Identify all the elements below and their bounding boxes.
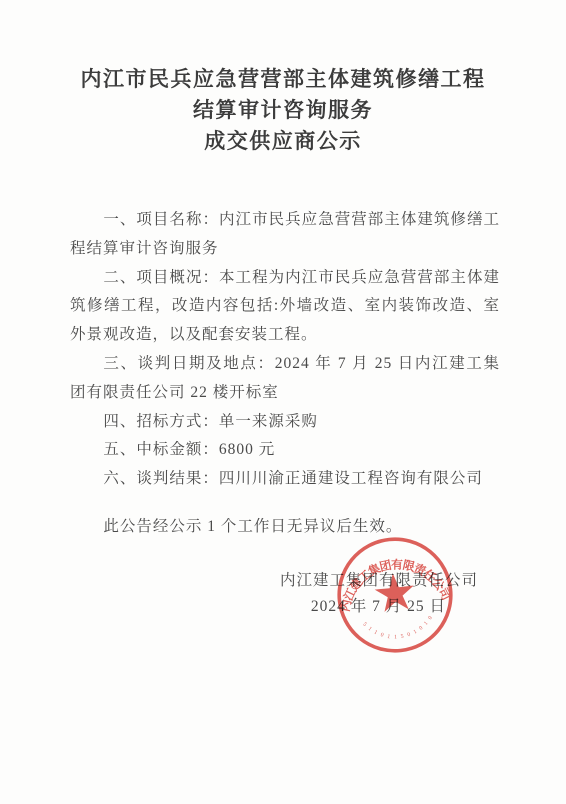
signature-block: 内江建工集团有限责任公司 2024 年 7 月 25 日 <box>0 568 566 620</box>
title-line-1: 内江市民兵应急营营部主体建筑修缮工程 <box>0 64 566 95</box>
document-page: 内江市民兵应急营营部主体建筑修缮工程 结算审计咨询服务 成交供应商公示 一、项目… <box>0 0 566 804</box>
notice-line: 此公告经公示 1 个工作日无异议后生效。 <box>70 513 500 542</box>
paragraph-bidding-method: 四、招标方式：单一来源采购 <box>70 408 500 437</box>
paragraph-negotiation-date: 三、谈判日期及地点：2024 年 7 月 25 日内江建工集团有限责任公司 22… <box>70 350 500 408</box>
paragraph-project-name: 一、项目名称：内江市民兵应急营营部主体建筑修缮工程结算审计咨询服务 <box>70 206 500 264</box>
paragraph-project-overview: 二、项目概况：本工程为内江市民兵应急营营部主体建筑修缮工程，改造内容包括:外墙改… <box>70 264 500 350</box>
signature-company: 内江建工集团有限责任公司 <box>0 568 566 594</box>
paragraph-negotiation-result: 六、谈判结果：四川川渝正通建设工程咨询有限公司 <box>70 465 500 494</box>
title-line-2: 结算审计咨询服务 <box>0 95 566 126</box>
document-body: 一、项目名称：内江市民兵应急营营部主体建筑修缮工程结算审计咨询服务 二、项目概况… <box>70 206 500 542</box>
title-line-3: 成交供应商公示 <box>0 126 566 157</box>
paragraph-award-amount: 五、中标金额：6800 元 <box>70 436 500 465</box>
document-title: 内江市民兵应急营营部主体建筑修缮工程 结算审计咨询服务 成交供应商公示 <box>0 64 566 157</box>
signature-date: 2024 年 7 月 25 日 <box>0 594 566 620</box>
